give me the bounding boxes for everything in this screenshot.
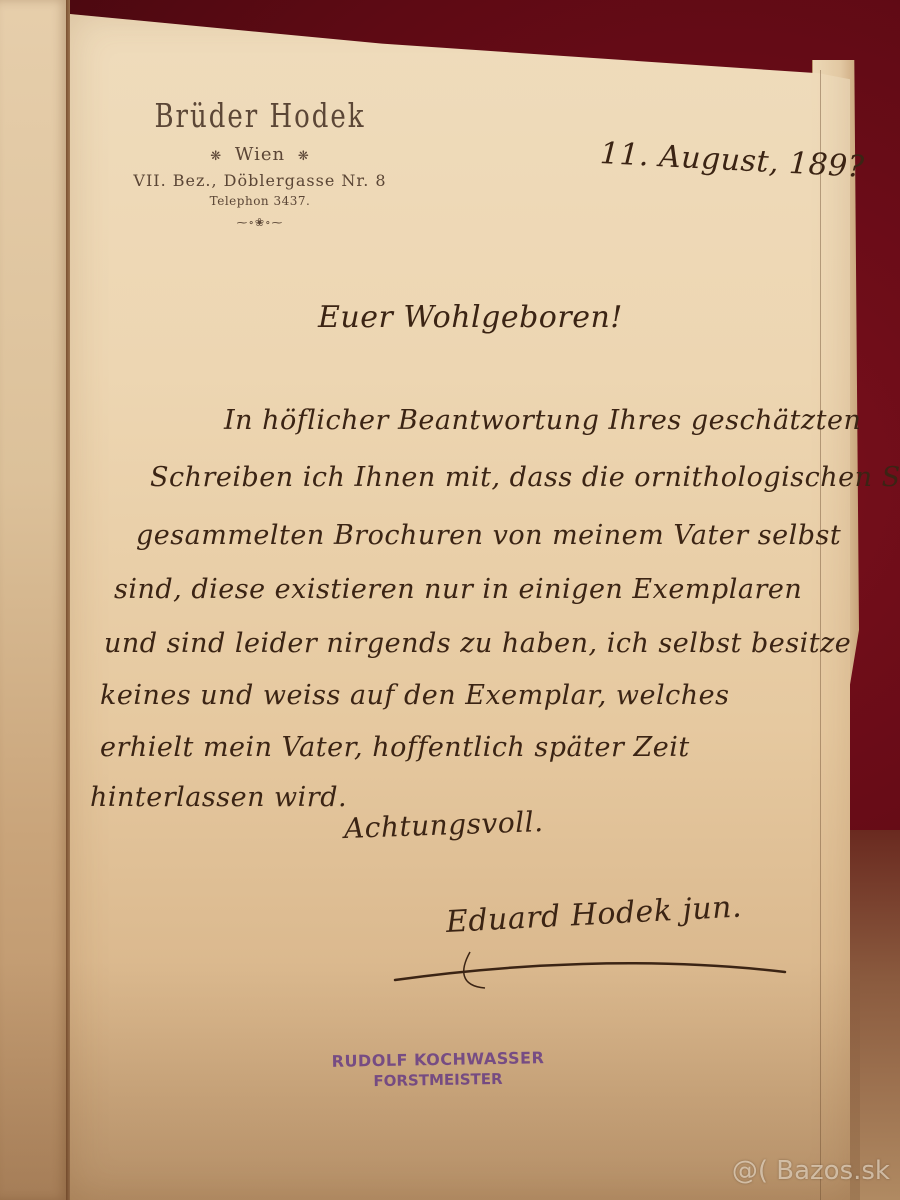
book-gutter [66,0,70,1200]
stamp-title: FORSTMEISTER [318,1069,558,1091]
letter-salutation: Euer Wohlgeboren! [318,300,623,335]
ownership-stamp: RUDOLF KOCHWASSER FORSTMEISTER [318,1050,558,1089]
stamp-name: RUDOLF KOCHWASSER [318,1048,558,1071]
bazos-watermark: @( Bazos.sk [732,1156,890,1186]
ornament-icon: ❋ [298,149,310,164]
letterhead: Brüder Hodek ❋ Wien ❋ VII. Bez., Döblerg… [100,96,420,229]
letterhead-address: VII. Bez., Döblergasse Nr. 8 [100,171,420,190]
letterhead-company: Brüder Hodek [100,98,420,136]
letter-body-line: erhielt mein Vater, hoffentlich später Z… [100,732,690,763]
letter-body-line: hinterlassen wird. [90,782,347,813]
facing-page [0,0,68,1200]
letter-body-line: gesammelten Brochuren von meinem Vater s… [136,520,841,551]
letterhead-ornament-icon: ⁓∘❀∘⁓ [100,216,420,229]
signature-flourish-icon [390,950,790,990]
letterhead-city: Wien [235,144,285,165]
letter-body-line: sind, diese existieren nur in einigen Ex… [114,574,802,605]
letterhead-city-line: ❋ Wien ❋ [100,144,420,165]
letter-body-line: und sind leider nirgends zu haben, ich s… [104,628,851,659]
letterhead-telephone: Telephon 3437. [100,194,420,208]
letter-body-line: Schreiben ich Ihnen mit, dass die ornith… [150,462,900,493]
letter-closing: Achtungsvoll. [343,805,544,845]
ornament-icon: ❋ [210,149,222,164]
letter-body-line: In höflicher Beantwortung Ihres geschätz… [224,405,861,436]
letter-body-line: keines und weiss auf den Exemplar, welch… [100,680,729,711]
